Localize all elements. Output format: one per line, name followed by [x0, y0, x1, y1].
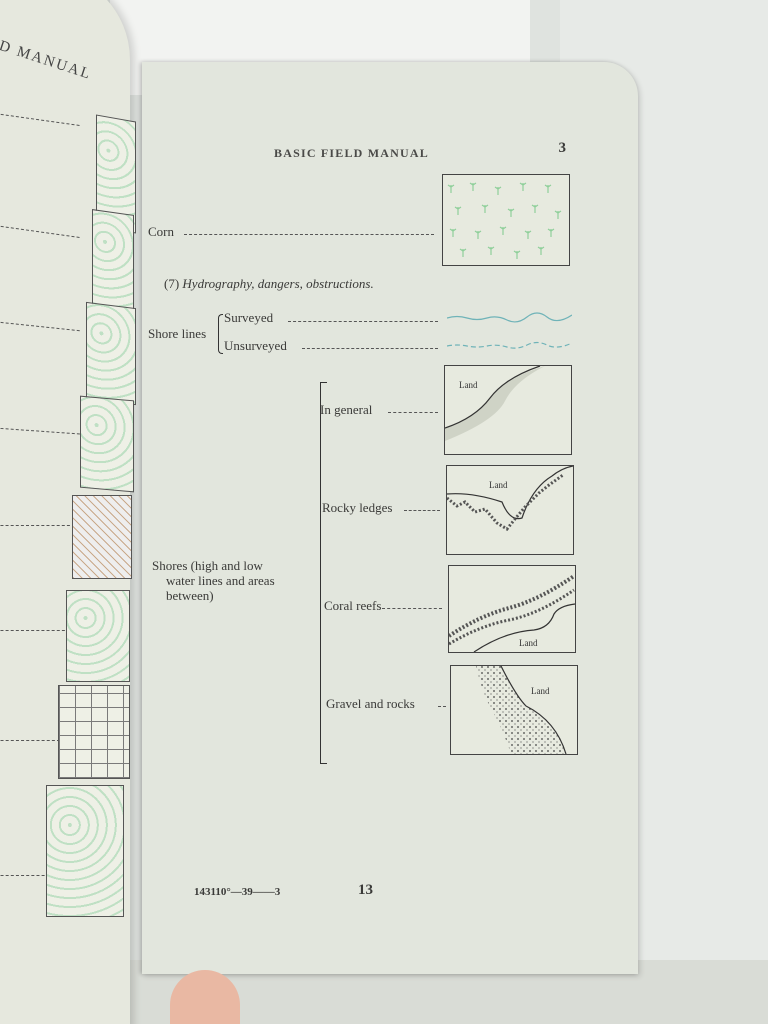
- brace: [218, 314, 223, 354]
- map-symbol-tile: [92, 209, 134, 317]
- leader-line: [388, 412, 438, 413]
- map-symbol-tile: [86, 302, 136, 405]
- running-head: BASIC FIELD MANUAL: [274, 146, 429, 161]
- rocky-ledges-icon: Land: [447, 466, 573, 554]
- surveyed-shoreline-icon: [447, 310, 572, 324]
- print-code: 143110°—39——3: [194, 886, 280, 898]
- leader-line: [0, 111, 80, 126]
- leader-line: [184, 234, 434, 235]
- rocky-ledges-symbol-box: Land: [446, 465, 574, 555]
- gravel-rocks-icon: Land: [451, 666, 577, 754]
- corn-symbol-icon: [443, 175, 569, 265]
- rocky-ledges-label: Rocky ledges: [322, 500, 392, 516]
- leader-line: [0, 525, 75, 526]
- leader-line: [438, 706, 446, 707]
- section-title: Hydrography, dangers, obstructions.: [182, 276, 373, 291]
- page-number: 3: [559, 140, 567, 157]
- sheet-number: 13: [358, 882, 373, 899]
- map-symbol-tile: [46, 785, 124, 917]
- shore-lines-label: Shore lines: [148, 326, 206, 342]
- leader-line: [0, 223, 80, 238]
- land-text: Land: [531, 686, 550, 696]
- surveyed-label: Surveyed: [224, 310, 273, 326]
- land-text: Land: [489, 480, 508, 490]
- coral-reefs-symbol-box: Land: [448, 565, 576, 653]
- leader-line: [0, 630, 70, 631]
- in-general-label: In general: [320, 402, 372, 418]
- section-number: (7): [164, 276, 179, 291]
- coral-reefs-icon: Land: [449, 566, 575, 652]
- map-symbol-tile: [66, 590, 130, 682]
- gravel-and-rocks-symbol-box: Land: [450, 665, 578, 755]
- coral-reefs-label: Coral reefs: [324, 598, 381, 614]
- section-heading: (7) Hydrography, dangers, obstructions.: [164, 276, 374, 292]
- leader-line: [404, 510, 440, 511]
- shore-general-icon: Land: [445, 366, 571, 454]
- left-facing-page: D MANUAL: [0, 0, 130, 1024]
- map-symbol-tile: [80, 396, 134, 493]
- corn-label: Corn: [148, 224, 174, 240]
- land-text: Land: [459, 380, 478, 390]
- leader-line: [288, 321, 438, 322]
- leader-line: [382, 608, 442, 609]
- unsurveyed-shoreline-icon: [447, 338, 572, 352]
- leader-line: [0, 740, 60, 741]
- leader-line: [0, 427, 80, 435]
- map-symbol-tile: [58, 685, 130, 779]
- in-general-symbol-box: Land: [444, 365, 572, 455]
- leader-line: [0, 320, 80, 331]
- land-text: Land: [519, 638, 538, 648]
- leader-line: [302, 348, 438, 349]
- map-symbol-tile: [72, 495, 132, 579]
- unsurveyed-label: Unsurveyed: [224, 338, 287, 354]
- manual-page: BASIC FIELD MANUAL 3 Corn (7) Hydrograph…: [142, 62, 638, 974]
- corn-symbol-box: [442, 174, 570, 266]
- shores-label: Shores (high and low water lines and are…: [152, 558, 275, 603]
- gravel-and-rocks-label: Gravel and rocks: [326, 696, 415, 712]
- left-running-head: D MANUAL: [0, 38, 94, 84]
